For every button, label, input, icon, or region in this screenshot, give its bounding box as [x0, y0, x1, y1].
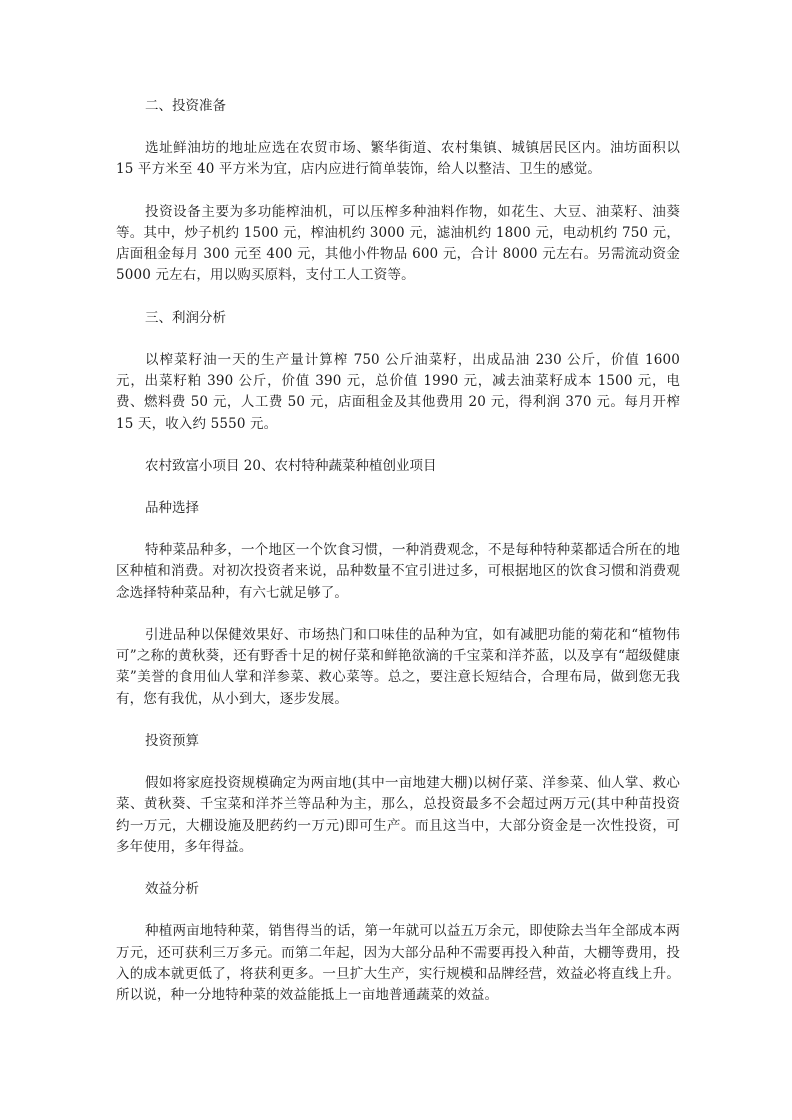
document-page: 二、投资准备 选址鲜油坊的地址应选在农贸市场、繁华街道、农村集镇、城镇居民区内。…: [116, 96, 680, 1027]
section-heading-investment-prep: 二、投资准备: [116, 96, 680, 117]
project-title: 农村致富小项目 20、农村特种蔬菜种植创业项目: [116, 456, 680, 477]
paragraph-variety-intro: 特种菜品种多，一个地区一个饮食习惯，一种消费观念，不是每种特种菜都适合所在的地区…: [116, 540, 680, 604]
paragraph-equipment-costs: 投资设备主要为多功能榨油机，可以压榨多种油料作物，如花生、大豆、油菜籽、油葵等。…: [116, 202, 680, 287]
section-heading-benefit-analysis: 效益分析: [116, 879, 680, 900]
paragraph-benefit-details: 种植两亩地特种菜，销售得当的话，第一年就可以益五万余元，即使除去当年全部成本两万…: [116, 921, 680, 1006]
paragraph-budget-details: 假如将家庭投资规模确定为两亩地(其中一亩地建大棚)以树仔菜、洋参菜、仙人掌、救心…: [116, 773, 680, 858]
section-heading-profit-analysis: 三、利润分析: [116, 308, 680, 329]
section-heading-variety-selection: 品种选择: [116, 498, 680, 519]
paragraph-site-selection: 选址鲜油坊的地址应选在农贸市场、繁华街道、农村集镇、城镇居民区内。油坊面积以 1…: [116, 138, 680, 181]
paragraph-variety-recommendation: 引进品种以保健效果好、市场热门和口味佳的品种为宜，如有减肥功能的菊花和“植物伟可…: [116, 625, 680, 710]
section-heading-investment-budget: 投资预算: [116, 731, 680, 752]
paragraph-profit-calculation: 以榨菜籽油一天的生产量计算榨 750 公斤油菜籽，出成品油 230 公斤，价值 …: [116, 350, 680, 435]
